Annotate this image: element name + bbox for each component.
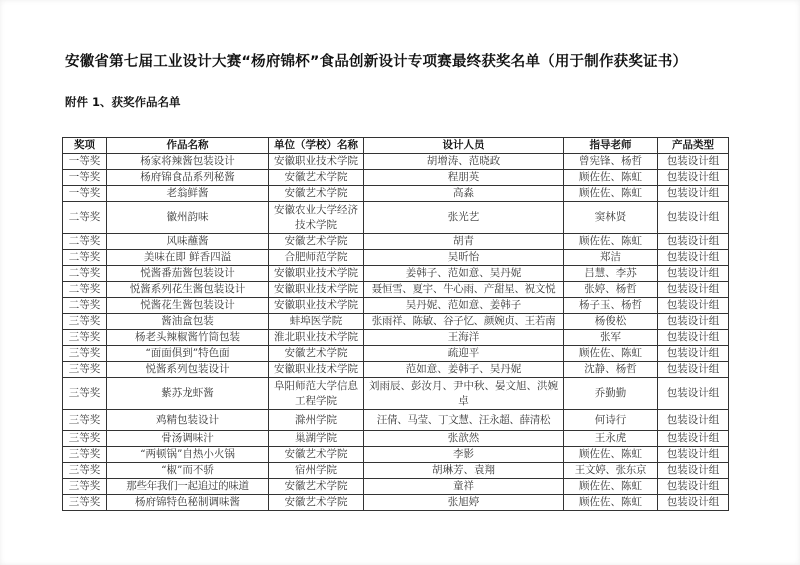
cell-designers: 王海洋 <box>364 330 564 346</box>
cell-school: 安徽农业大学经济技术学院 <box>269 202 364 234</box>
table-row: 二等奖 徽州韵味 安徽农业大学经济技术学院 张光艺 窦林贤 包装设计组 <box>63 202 729 234</box>
cell-work: 悦酱系列花生酱包装设计 <box>107 282 269 298</box>
cell-type: 包装设计组 <box>658 186 729 202</box>
header-award: 奖项 <box>63 138 107 154</box>
cell-type: 包装设计组 <box>658 346 729 362</box>
table-row: 三等奖 鸡精包装设计 滁州学院 汪倩、马莹、丁文慧、汪永超、薛清松 何诗行 包装… <box>63 410 729 431</box>
cell-work: “椒”而不骄 <box>107 463 269 479</box>
table-row: 一等奖 老翁鲜酱 安徽艺术学院 高淼 顾佐佐、陈虹 包装设计组 <box>63 186 729 202</box>
cell-school: 安徽艺术学院 <box>269 495 364 511</box>
cell-advisor: 张婷、杨哲 <box>564 282 658 298</box>
cell-designers: 聂恒雪、夏宇、牛心雨、产甜星、祝文悦 <box>364 282 564 298</box>
table-row: 二等奖 悦酱番茄酱包装设计 安徽职业技术学院 姜韩子、范如意、吴丹妮 吕慧、李苏… <box>63 266 729 282</box>
cell-award: 一等奖 <box>63 170 107 186</box>
table-row: 三等奖 “面面俱到”特色面 安徽艺术学院 疏迎平 顾佐佐、陈虹 包装设计组 <box>63 346 729 362</box>
cell-award: 三等奖 <box>63 495 107 511</box>
cell-school: 安徽艺术学院 <box>269 234 364 250</box>
cell-award: 三等奖 <box>63 431 107 447</box>
cell-type: 包装设计组 <box>658 479 729 495</box>
awards-table: 奖项 作品名称 单位（学校）名称 设计人员 指导老师 产品类型 一等奖 杨家将辣… <box>62 137 729 511</box>
cell-type: 包装设计组 <box>658 250 729 266</box>
cell-advisor: 顾佐佐、陈虹 <box>564 447 658 463</box>
cell-award: 一等奖 <box>63 186 107 202</box>
cell-advisor: 杨子玉、杨哲 <box>564 298 658 314</box>
cell-school: 安徽艺术学院 <box>269 186 364 202</box>
cell-work: 那些年我们一起追过的味道 <box>107 479 269 495</box>
table-row: 三等奖 悦酱系列包装设计 安徽职业技术学院 范如意、姜韩子、吴丹妮 沈静、杨哲 … <box>63 362 729 378</box>
cell-designers: 张歆然 <box>364 431 564 447</box>
cell-school: 安徽职业技术学院 <box>269 298 364 314</box>
cell-designers: 李影 <box>364 447 564 463</box>
cell-award: 二等奖 <box>63 298 107 314</box>
table-header-row: 奖项 作品名称 单位（学校）名称 设计人员 指导老师 产品类型 <box>63 138 729 154</box>
cell-work: 杨家将辣酱包装设计 <box>107 154 269 170</box>
cell-school: 巢湖学院 <box>269 431 364 447</box>
cell-type: 包装设计组 <box>658 431 729 447</box>
cell-school: 安徽职业技术学院 <box>269 266 364 282</box>
cell-work: 鸡精包装设计 <box>107 410 269 431</box>
cell-advisor: 王永虎 <box>564 431 658 447</box>
cell-award: 二等奖 <box>63 250 107 266</box>
cell-work: 风味蘸酱 <box>107 234 269 250</box>
cell-work: 杨府锦特色秘制调味酱 <box>107 495 269 511</box>
cell-type: 包装设计组 <box>658 362 729 378</box>
table-row: 三等奖 “两顿锅”自热小火锅 安徽艺术学院 李影 顾佐佐、陈虹 包装设计组 <box>63 447 729 463</box>
cell-school: 安徽艺术学院 <box>269 447 364 463</box>
cell-work: 杨老头辣椒酱竹筒包装 <box>107 330 269 346</box>
cell-work: 徽州韵味 <box>107 202 269 234</box>
cell-award: 三等奖 <box>63 410 107 431</box>
cell-award: 三等奖 <box>63 330 107 346</box>
cell-advisor: 郑洁 <box>564 250 658 266</box>
table-row: 二等奖 美味在即 鲜香四溢 合肥师范学院 吴昕怡 郑洁 包装设计组 <box>63 250 729 266</box>
cell-designers: 吴昕怡 <box>364 250 564 266</box>
cell-work: 老翁鲜酱 <box>107 186 269 202</box>
table-row: 三等奖 紫苏龙虾酱 阜阳师范大学信息工程学院 刘雨辰、彭汝月、尹中秋、晏文旭、洪… <box>63 378 729 410</box>
cell-work: 悦酱番茄酱包装设计 <box>107 266 269 282</box>
cell-award: 三等奖 <box>63 362 107 378</box>
cell-advisor: 吕慧、李苏 <box>564 266 658 282</box>
cell-award: 三等奖 <box>63 378 107 410</box>
cell-school: 阜阳师范大学信息工程学院 <box>269 378 364 410</box>
cell-school: 滁州学院 <box>269 410 364 431</box>
cell-advisor: 沈静、杨哲 <box>564 362 658 378</box>
cell-school: 安徽艺术学院 <box>269 346 364 362</box>
cell-designers: 胡青 <box>364 234 564 250</box>
cell-advisor: 窦林贤 <box>564 202 658 234</box>
table-row: 二等奖 悦酱花生酱包装设计 安徽职业技术学院 吴丹妮、范如意、姜韩子 杨子玉、杨… <box>63 298 729 314</box>
cell-type: 包装设计组 <box>658 154 729 170</box>
table-row: 三等奖 骨汤调味汁 巢湖学院 张歆然 王永虎 包装设计组 <box>63 431 729 447</box>
cell-advisor: 张军 <box>564 330 658 346</box>
cell-advisor: 顾佐佐、陈虹 <box>564 495 658 511</box>
cell-type: 包装设计组 <box>658 170 729 186</box>
cell-work: 悦酱花生酱包装设计 <box>107 298 269 314</box>
cell-designers: 疏迎平 <box>364 346 564 362</box>
table-row: 二等奖 风味蘸酱 安徽艺术学院 胡青 顾佐佐、陈虹 包装设计组 <box>63 234 729 250</box>
cell-work: 杨府锦食品系列秘酱 <box>107 170 269 186</box>
cell-school: 合肥师范学院 <box>269 250 364 266</box>
header-advisor: 指导老师 <box>564 138 658 154</box>
cell-award: 三等奖 <box>63 314 107 330</box>
header-work: 作品名称 <box>107 138 269 154</box>
cell-award: 二等奖 <box>63 234 107 250</box>
cell-designers: 范如意、姜韩子、吴丹妮 <box>364 362 564 378</box>
document-title: 安徽省第七届工业设计大赛“杨府锦杯”食品创新设计专项赛最终获奖名单（用于制作获奖… <box>65 50 687 71</box>
cell-type: 包装设计组 <box>658 282 729 298</box>
cell-designers: 姜韩子、范如意、吴丹妮 <box>364 266 564 282</box>
cell-type: 包装设计组 <box>658 378 729 410</box>
cell-type: 包装设计组 <box>658 314 729 330</box>
cell-school: 安徽职业技术学院 <box>269 362 364 378</box>
cell-advisor: 顾佐佐、陈虹 <box>564 479 658 495</box>
cell-advisor: 顾佐佐、陈虹 <box>564 346 658 362</box>
cell-type: 包装设计组 <box>658 298 729 314</box>
cell-school: 安徽职业技术学院 <box>269 282 364 298</box>
table-row: 一等奖 杨府锦食品系列秘酱 安徽艺术学院 程朋英 顾佐佐、陈虹 包装设计组 <box>63 170 729 186</box>
header-type: 产品类型 <box>658 138 729 154</box>
cell-designers: 吴丹妮、范如意、姜韩子 <box>364 298 564 314</box>
cell-type: 包装设计组 <box>658 330 729 346</box>
cell-designers: 汪倩、马莹、丁文慧、汪永超、薛清松 <box>364 410 564 431</box>
cell-work: 美味在即 鲜香四溢 <box>107 250 269 266</box>
cell-type: 包装设计组 <box>658 463 729 479</box>
cell-school: 淮北职业技术学院 <box>269 330 364 346</box>
cell-advisor: 杨俊松 <box>564 314 658 330</box>
table-row: 三等奖 杨府锦特色秘制调味酱 安徽艺术学院 张旭婷 顾佐佐、陈虹 包装设计组 <box>63 495 729 511</box>
cell-school: 蚌埠医学院 <box>269 314 364 330</box>
cell-work: “两顿锅”自热小火锅 <box>107 447 269 463</box>
table-row: 三等奖 杨老头辣椒酱竹筒包装 淮北职业技术学院 王海洋 张军 包装设计组 <box>63 330 729 346</box>
cell-advisor: 何诗行 <box>564 410 658 431</box>
table-row: 三等奖 “椒”而不骄 宿州学院 胡琳芳、袁翔 王文婷、张东京 包装设计组 <box>63 463 729 479</box>
cell-work: “面面俱到”特色面 <box>107 346 269 362</box>
cell-designers: 刘雨辰、彭汝月、尹中秋、晏文旭、洪婉卓 <box>364 378 564 410</box>
cell-advisor: 乔勤勤 <box>564 378 658 410</box>
cell-designers: 张旭婷 <box>364 495 564 511</box>
cell-advisor: 王文婷、张东京 <box>564 463 658 479</box>
cell-award: 一等奖 <box>63 154 107 170</box>
cell-designers: 胡增涛、范晓政 <box>364 154 564 170</box>
header-designers: 设计人员 <box>364 138 564 154</box>
cell-award: 三等奖 <box>63 463 107 479</box>
cell-type: 包装设计组 <box>658 234 729 250</box>
cell-award: 三等奖 <box>63 479 107 495</box>
table-row: 二等奖 悦酱系列花生酱包装设计 安徽职业技术学院 聂恒雪、夏宇、牛心雨、产甜星、… <box>63 282 729 298</box>
cell-school: 安徽艺术学院 <box>269 479 364 495</box>
cell-award: 二等奖 <box>63 266 107 282</box>
cell-award: 三等奖 <box>63 346 107 362</box>
cell-advisor: 曾宪锋、杨哲 <box>564 154 658 170</box>
cell-advisor: 顾佐佐、陈虹 <box>564 234 658 250</box>
cell-award: 二等奖 <box>63 202 107 234</box>
table-row: 一等奖 杨家将辣酱包装设计 安徽职业技术学院 胡增涛、范晓政 曾宪锋、杨哲 包装… <box>63 154 729 170</box>
cell-award: 三等奖 <box>63 447 107 463</box>
cell-type: 包装设计组 <box>658 266 729 282</box>
cell-work: 紫苏龙虾酱 <box>107 378 269 410</box>
cell-work: 悦酱系列包装设计 <box>107 362 269 378</box>
cell-type: 包装设计组 <box>658 410 729 431</box>
cell-type: 包装设计组 <box>658 447 729 463</box>
cell-designers: 高淼 <box>364 186 564 202</box>
cell-designers: 程朋英 <box>364 170 564 186</box>
header-school: 单位（学校）名称 <box>269 138 364 154</box>
cell-school: 安徽艺术学院 <box>269 170 364 186</box>
cell-designers: 童祥 <box>364 479 564 495</box>
cell-designers: 张光艺 <box>364 202 564 234</box>
cell-type: 包装设计组 <box>658 202 729 234</box>
table-row: 三等奖 酱油盒包装 蚌埠医学院 张雨祥、陈敏、谷子忆、颜婉贞、王若南 杨俊松 包… <box>63 314 729 330</box>
table-row: 三等奖 那些年我们一起追过的味道 安徽艺术学院 童祥 顾佐佐、陈虹 包装设计组 <box>63 479 729 495</box>
cell-school: 宿州学院 <box>269 463 364 479</box>
cell-work: 酱油盒包装 <box>107 314 269 330</box>
cell-work: 骨汤调味汁 <box>107 431 269 447</box>
cell-advisor: 顾佐佐、陈虹 <box>564 186 658 202</box>
document-subtitle: 附件 1、获奖作品名单 <box>65 94 181 110</box>
cell-award: 二等奖 <box>63 282 107 298</box>
cell-designers: 张雨祥、陈敏、谷子忆、颜婉贞、王若南 <box>364 314 564 330</box>
cell-designers: 胡琳芳、袁翔 <box>364 463 564 479</box>
cell-school: 安徽职业技术学院 <box>269 154 364 170</box>
cell-advisor: 顾佐佐、陈虹 <box>564 170 658 186</box>
cell-type: 包装设计组 <box>658 495 729 511</box>
